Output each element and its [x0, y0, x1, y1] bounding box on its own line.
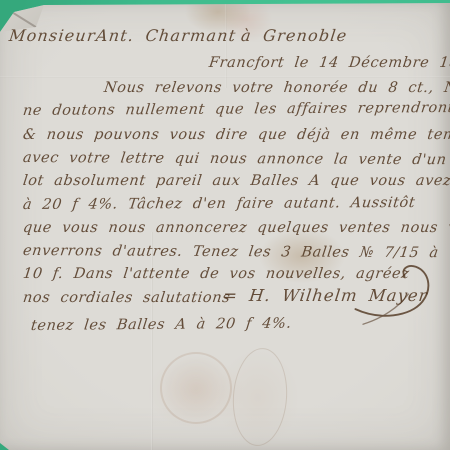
signature-separator: = [222, 286, 239, 305]
letter-line: que vous nous annoncerez quelques ventes… [22, 220, 450, 236]
postmark-stamp [230, 346, 291, 448]
letter-line: lot absolument pareil aux Balles A que v… [22, 173, 450, 189]
letter-line: avec votre lettre qui nous annonce la ve… [22, 150, 448, 168]
recipient-salutation: Monsieur [8, 26, 97, 45]
letter-line: Nous relevons votre honorée du 8 ct., No… [103, 80, 450, 96]
postmark-stamp [160, 352, 232, 424]
letter-line: ne doutons nullement que les affaires re… [22, 100, 450, 119]
letter-line: enverrons d'autres. Tenez les 3 Balles №… [22, 243, 440, 261]
letter-line: à 20 f 4%. Tâchez d'en faire autant. Aus… [22, 195, 416, 213]
letter-paper: Monsieur Ant. Charmant à Grenoble Francf… [0, 0, 450, 450]
closing-line: nos cordiales salutations [22, 290, 231, 306]
recipient-name: Ant. Charmant [95, 26, 238, 45]
postscript-line: tenez les Balles A à 20 f 4%. [30, 316, 293, 334]
fold-crease [0, 76, 450, 78]
scan-background: Monsieur Ant. Charmant à Grenoble Francf… [0, 0, 450, 450]
dateline: Francfort le 14 Décembre 1852 [208, 55, 450, 71]
fold-crease [151, 232, 153, 450]
letter-line: & nous pouvons vous dire que déjà en mêm… [22, 127, 450, 143]
recipient-destination: à Grenoble [240, 26, 349, 45]
fold-crease [225, 3, 227, 88]
signature-flourish [352, 262, 440, 328]
